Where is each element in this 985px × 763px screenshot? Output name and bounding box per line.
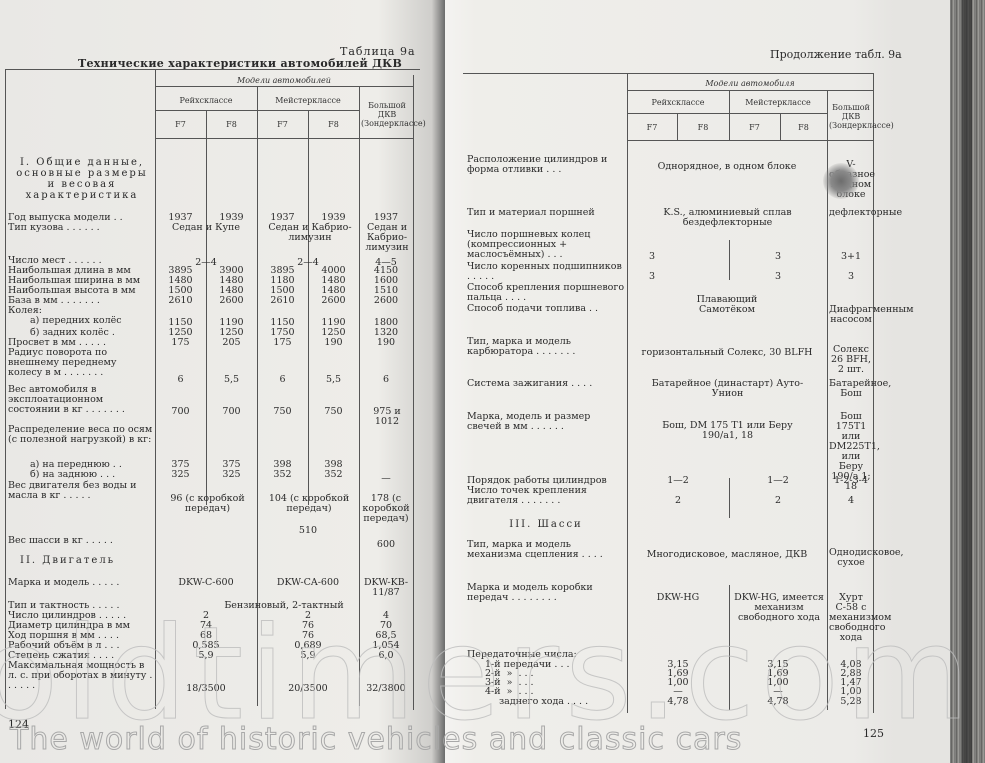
- cell: Батарейное, Бош: [829, 379, 873, 399]
- header-class: Рейхсклассе: [627, 98, 729, 107]
- cell: 178 (с коробкой передач): [359, 494, 413, 524]
- row-label: Число поршневых колец (компрессионных + …: [467, 230, 625, 260]
- watermark-tagline: The world of historic vehicles and class…: [10, 722, 742, 757]
- col-divider: [206, 110, 207, 505]
- cell: 5,5: [206, 375, 257, 385]
- header-class: Мейстерклассе: [729, 98, 827, 107]
- cell: 700: [206, 407, 257, 417]
- row-label: б) на заднюю . . .: [30, 470, 115, 480]
- cell: 175: [155, 338, 206, 348]
- cell: 750: [257, 407, 308, 417]
- row-label: Система зажигания . . . .: [467, 379, 592, 389]
- row-label: Тип, марка и модель механизма сцепления …: [467, 540, 625, 560]
- header-rule: [155, 138, 413, 139]
- cell: 975 и 1012: [362, 407, 412, 427]
- cell: 205: [206, 338, 257, 348]
- section-heading: III. Шасси: [467, 519, 625, 530]
- table-top-rule: [463, 73, 873, 74]
- cell: 2: [729, 496, 827, 506]
- cell: 3: [829, 272, 873, 282]
- cell: DKW-C-600: [155, 578, 257, 588]
- row-label: Вес двигателя без воды и масла в кг . . …: [8, 481, 153, 501]
- cell: дефлекторные: [829, 208, 873, 218]
- cell: 352: [257, 470, 308, 480]
- header-group: Модели автомобиля: [627, 79, 873, 88]
- header-class: Большой ДКВ (Зондерклассе): [361, 101, 413, 128]
- row-label: Тип кузова . . . . . .: [8, 223, 100, 233]
- cell: K.S., алюминиевый сплав бездефлекторные: [635, 208, 820, 228]
- cell: 1—2: [729, 476, 827, 486]
- cell: 2600: [206, 296, 257, 306]
- cell: 3+1: [829, 252, 873, 262]
- ink-stain: [823, 163, 859, 199]
- col-divider: [308, 110, 309, 505]
- header-rule: [627, 140, 873, 141]
- row-label: Марка, модель и размер свечей в мм . . .…: [467, 412, 625, 432]
- cell: 190: [359, 338, 413, 348]
- cell: 104 (с коробкой передач): [265, 494, 353, 514]
- row-label: Распределение веса по осям (с полезной н…: [8, 425, 153, 445]
- cell: 600: [359, 540, 413, 550]
- cell: 1—2: [627, 476, 729, 486]
- header-model: F8: [206, 120, 257, 129]
- cell: DKW-KB-11/87: [359, 578, 413, 598]
- cell: 2610: [155, 296, 206, 306]
- cell: Однодисковое, сухое: [829, 548, 873, 568]
- header-class: Мейстерклассе: [257, 96, 359, 105]
- cell: 2600: [308, 296, 359, 306]
- header-model: F7: [155, 120, 206, 129]
- cell: 3: [627, 252, 677, 262]
- cell: 352: [308, 470, 359, 480]
- cell: 325: [206, 470, 257, 480]
- cell: 3: [627, 272, 677, 282]
- cell: 510: [257, 526, 359, 536]
- row-label: а) передних колёс: [30, 316, 122, 326]
- header-model: F7: [257, 120, 308, 129]
- row-label: Способ подачи топлива . .: [467, 304, 598, 314]
- cell: 2610: [257, 296, 308, 306]
- cell: 5,5: [308, 375, 359, 385]
- cell: 6: [359, 375, 413, 385]
- row-label: Вес автомобиля в эксплоатационном состоя…: [8, 385, 153, 415]
- header-rule: [627, 90, 873, 91]
- cell: Седан и Купе: [155, 223, 257, 233]
- cell: 325: [155, 470, 206, 480]
- row-label: Марка и модель . . . . .: [8, 578, 119, 588]
- cell: 3: [729, 252, 827, 262]
- cell: 700: [155, 407, 206, 417]
- cell: Бош, DM 175 T1 или Беру 190/a1, 18: [645, 421, 810, 441]
- row-label: Тип, марка и модель карбюратора . . . . …: [467, 337, 625, 357]
- header-rule: [627, 113, 827, 114]
- cell: DKW-CA-600: [257, 578, 359, 588]
- cell: 6: [155, 375, 206, 385]
- header-class: Большой ДКВ (Зондерклассе): [829, 103, 873, 130]
- cell: Батарейное (династарт) Ауто-Унион: [645, 379, 810, 399]
- header-group: Модели автомобилей: [155, 76, 413, 85]
- cell: 2: [627, 496, 729, 506]
- cell: Однорядное, в одном блоке: [627, 162, 827, 172]
- cell: 96 (с коробкой передач): [170, 494, 245, 514]
- header-model: F7: [627, 123, 677, 132]
- cell: Многодисковое, масляное, ДКВ: [627, 550, 827, 560]
- cell: 2600: [359, 296, 413, 306]
- table-top-rule: [5, 69, 420, 70]
- header-rule: [155, 86, 413, 87]
- cell: 750: [308, 407, 359, 417]
- cell: 6: [257, 375, 308, 385]
- row-label: Тип и материал поршней: [467, 208, 595, 218]
- continuation-label: Продолжение табл. 9а: [770, 48, 902, 61]
- header-model: F8: [308, 120, 359, 129]
- cell: —: [359, 474, 413, 484]
- cell: 190: [308, 338, 359, 348]
- cell: 3: [729, 272, 827, 282]
- section-heading: I. Общие данные, основные размеры и весо…: [12, 157, 152, 201]
- row-label: Вес шасси в кг . . . . .: [8, 536, 113, 546]
- header-model: F7: [729, 123, 780, 132]
- row-label: Радиус поворота по внешнему переднему ко…: [8, 348, 153, 378]
- cell: Самотёком: [627, 305, 827, 315]
- cell: 175: [257, 338, 308, 348]
- row-label: Способ крепления поршневого пальца . . .…: [467, 283, 625, 303]
- cell: горизонтальный Солекс, 30 BLFH: [627, 348, 827, 358]
- header-model: F8: [780, 123, 827, 132]
- cell: Седан и Кабрио-лимузин: [362, 223, 412, 253]
- header-class: Рейхсклассе: [155, 96, 257, 105]
- cell: Солекс 26 BFH, 2 шт.: [829, 345, 873, 375]
- cell: 1-2-3-4: [829, 476, 873, 486]
- section-heading: II. Двигатель: [20, 555, 130, 566]
- row-label: Число точек крепления двигателя . . . . …: [467, 486, 625, 506]
- row-label: Число коренных подшипников . . . . .: [467, 262, 625, 282]
- header-model: F8: [677, 123, 729, 132]
- row-label: Расположение цилиндров и форма отливки .…: [467, 155, 625, 175]
- cell: Диафрагменным насосом: [829, 305, 873, 325]
- cell: 4: [829, 496, 873, 506]
- cell: Седан и Кабрио-лимузин: [265, 223, 355, 243]
